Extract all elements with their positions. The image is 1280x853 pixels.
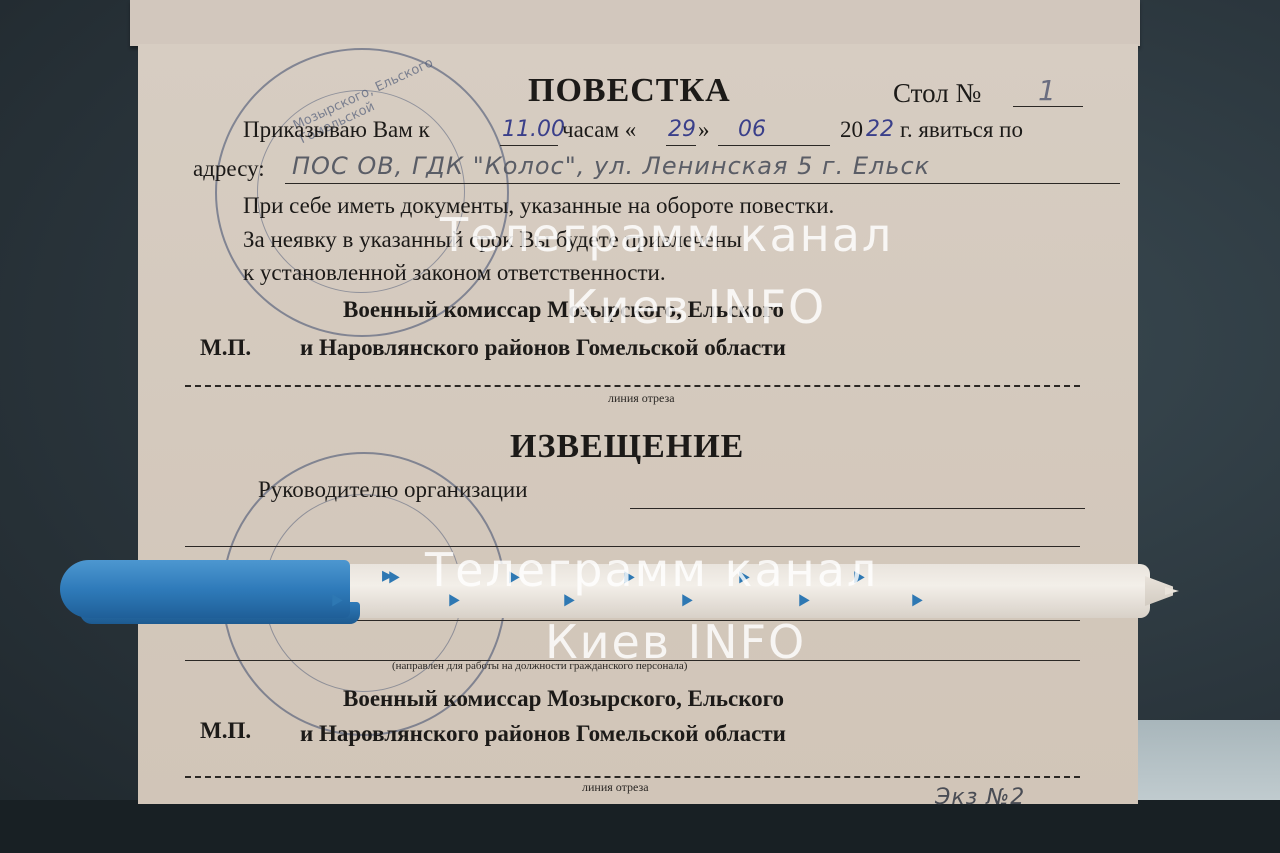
background-edge bbox=[0, 800, 1280, 853]
address-label: адресу: bbox=[193, 156, 265, 182]
month-line bbox=[718, 145, 830, 146]
year-value: 22 bbox=[866, 117, 894, 142]
watermark-channel-top: Телеграмм канал bbox=[440, 208, 893, 262]
table-number: 1 bbox=[1038, 74, 1056, 107]
commissar-title-2: и Наровлянского районов Гомельской облас… bbox=[300, 335, 786, 361]
time-value: 11.00 bbox=[502, 117, 565, 142]
notice-commissar-title-1: Военный комиссар Мозырского, Ельского bbox=[343, 686, 784, 712]
address-line bbox=[285, 183, 1120, 184]
bottom-cut-line bbox=[185, 776, 1080, 778]
time-line bbox=[500, 145, 558, 146]
address-value: ПОС ОВ, ГДК "Колос", ул. Ленинская 5 г. … bbox=[292, 152, 930, 180]
cut-line-label: линия отреза bbox=[608, 391, 675, 406]
pen-cap bbox=[60, 560, 350, 618]
notice-title: ИЗВЕЩЕНИЕ bbox=[510, 428, 744, 466]
order-prefix: Приказываю Вам к bbox=[243, 117, 430, 143]
watermark-channel-bottom: Телеграмм канал bbox=[425, 543, 878, 597]
cut-line bbox=[185, 385, 1080, 387]
copy-number-note: Экз №2 bbox=[935, 785, 1025, 810]
mp-label: М.П. bbox=[200, 335, 251, 361]
tree-pattern-icon: ⯈ bbox=[385, 568, 403, 590]
day-close: » bbox=[698, 117, 710, 143]
year-prefix: 20 bbox=[840, 117, 863, 143]
table-label: Стол № bbox=[893, 78, 981, 109]
watermark-brand-bottom: Киев INFO bbox=[545, 615, 806, 669]
recipient-line bbox=[630, 508, 1085, 509]
bottom-cut-line-label: линия отреза bbox=[582, 780, 649, 795]
tree-pattern-icon: ⯈ bbox=[328, 591, 346, 613]
recipient-label: Руководителю организации bbox=[258, 477, 528, 503]
tree-pattern-icon: ⯈ bbox=[908, 591, 926, 613]
notice-commissar-title-2: и Наровлянского районов Гомельской облас… bbox=[300, 721, 786, 747]
paper-top-flap bbox=[130, 0, 1140, 46]
day-line bbox=[666, 145, 696, 146]
day-value: 29 bbox=[668, 117, 696, 142]
summons-title: ПОВЕСТКА bbox=[528, 72, 731, 110]
notice-mp-label: М.П. bbox=[200, 718, 251, 744]
year-tail: г. явиться по bbox=[900, 117, 1023, 143]
month-value: 06 bbox=[738, 117, 766, 142]
hours-label: часам « bbox=[562, 117, 636, 143]
watermark-brand-top: Киев INFO bbox=[565, 280, 826, 334]
